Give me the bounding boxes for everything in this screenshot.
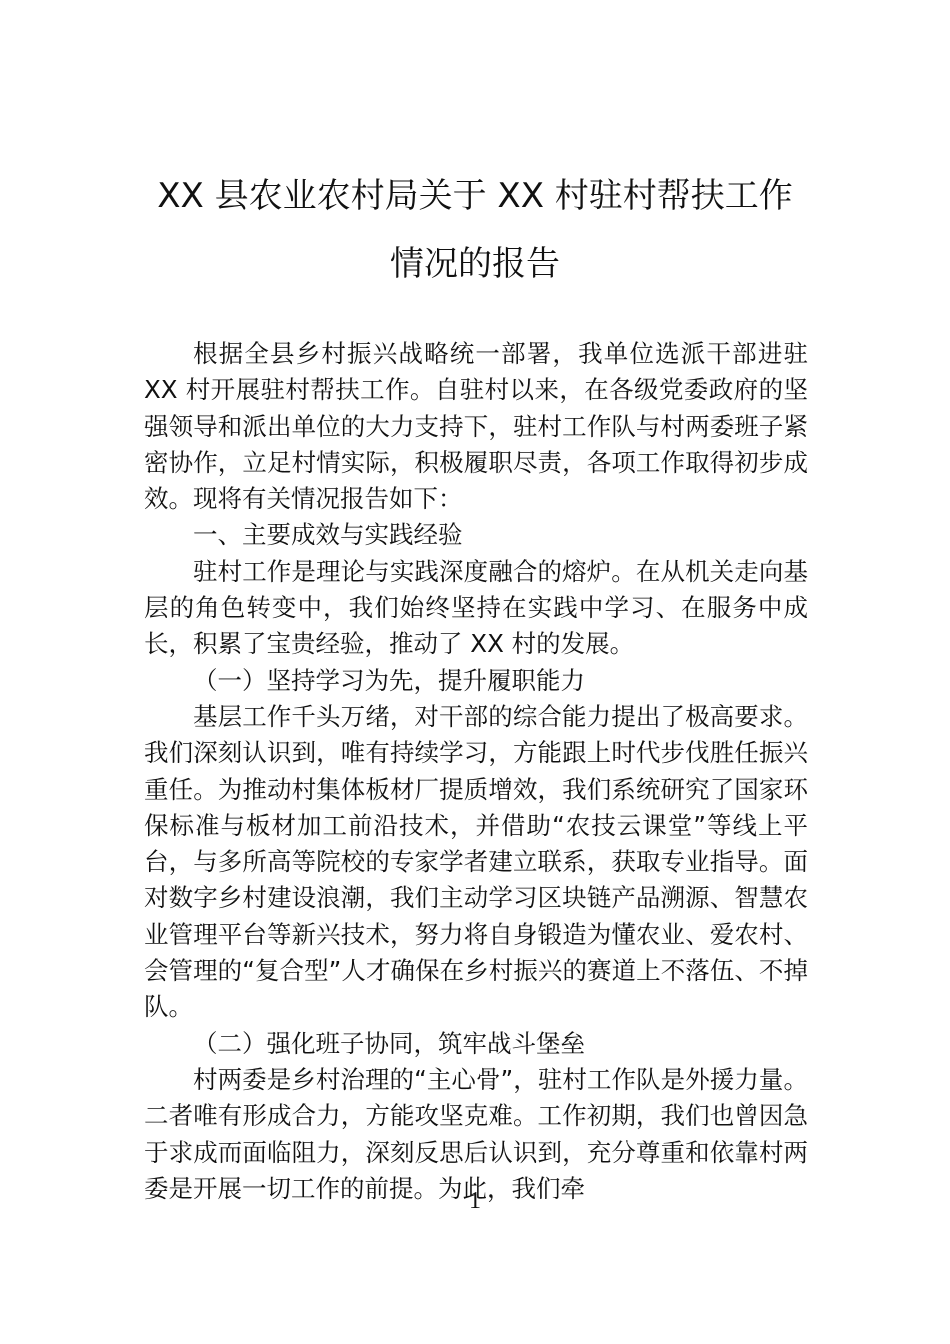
page-number: 1	[0, 1188, 950, 1215]
subsection-heading-1: （一）坚持学习为先，提升履职能力	[144, 663, 808, 699]
document-title-line-1: XX 县农业农村局关于 XX 村驻村帮扶工作	[120, 176, 830, 216]
document-body: 根据全县乡村振兴战略统一部署，我单位选派干部进驻 XX 村开展驻村帮扶工作。自驻…	[144, 336, 808, 1207]
subsection-2-paragraph: 村两委是乡村治理的“主心骨”，驻村工作队是外援力量。二者唯有形成合力，方能攻坚克…	[144, 1062, 808, 1207]
section-1-paragraph: 驻村工作是理论与实践深度融合的熔炉。在从机关走向基层的角色转变中，我们始终坚持在…	[144, 554, 808, 663]
subsection-1-paragraph: 基层工作千头万绪，对干部的综合能力提出了极高要求。我们深刻认识到，唯有持续学习，…	[144, 699, 808, 1026]
document-page: XX 县农业农村局关于 XX 村驻村帮扶工作 情况的报告 根据全县乡村振兴战略统…	[0, 0, 950, 1344]
document-title-line-2: 情况的报告	[120, 244, 830, 284]
intro-paragraph: 根据全县乡村振兴战略统一部署，我单位选派干部进驻 XX 村开展驻村帮扶工作。自驻…	[144, 336, 808, 517]
subsection-heading-2: （二）强化班子协同，筑牢战斗堡垒	[144, 1026, 808, 1062]
section-heading-1: 一、主要成效与实践经验	[144, 517, 808, 553]
